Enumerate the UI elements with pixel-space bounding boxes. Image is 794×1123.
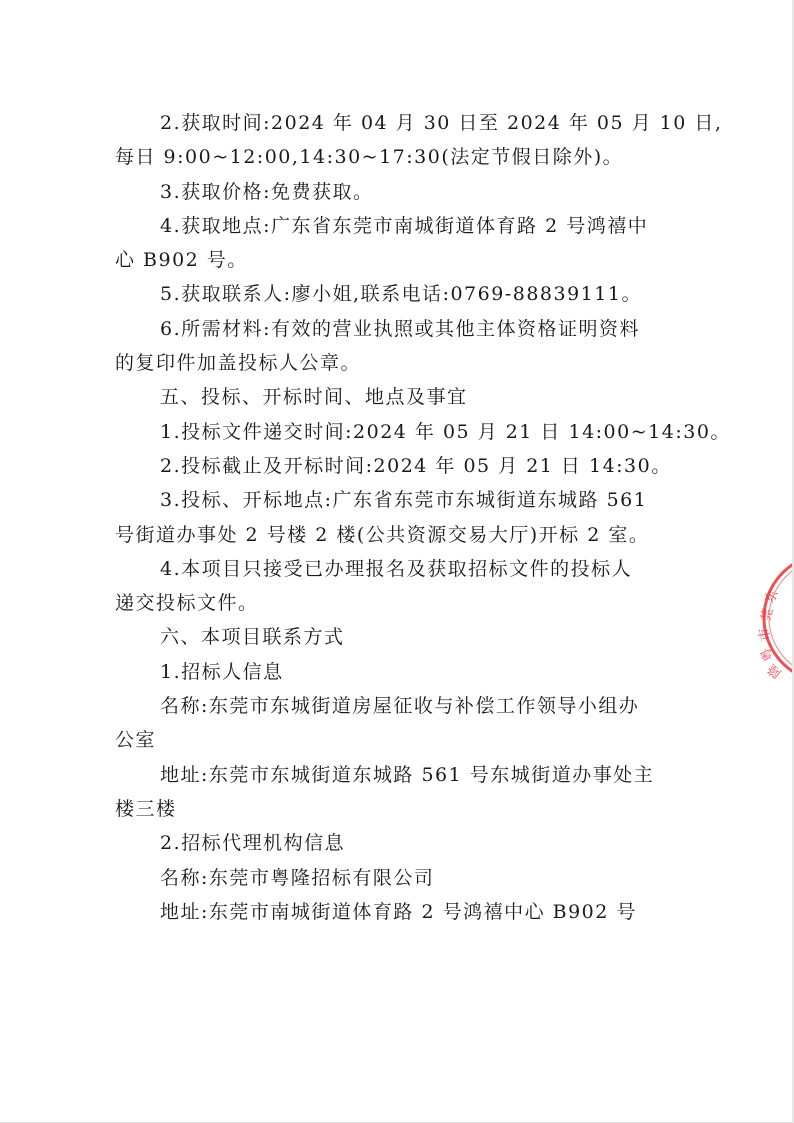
text-line: 地址:东莞市南城街道体育路 2 号鸿禧中心 B902 号 <box>115 895 671 929</box>
svg-text:粤: 粤 <box>758 645 777 664</box>
svg-text:莞: 莞 <box>759 607 776 622</box>
document-page: 2.获取时间:2024 年 04 月 30 日至 2024 年 05 月 10 … <box>0 0 794 1123</box>
text-line: 每日 9:00~12:00,14:30~17:30(法定节假日除外)。 <box>115 140 671 174</box>
section-heading: 五、投标、开标时间、地点及事宜 <box>115 380 671 414</box>
subsection-heading: 2.招标代理机构信息 <box>115 826 671 860</box>
svg-text:隆: 隆 <box>765 661 785 681</box>
svg-text:东: 东 <box>762 587 781 606</box>
text-line: 2.投标截止及开标时间:2024 年 05 月 21 日 14:30。 <box>115 449 671 483</box>
text-line: 2.获取时间:2024 年 04 月 30 日至 2024 年 05 月 10 … <box>115 106 671 140</box>
text-line: 楼三楼 <box>115 792 671 826</box>
subsection-heading: 1.招标人信息 <box>115 655 671 689</box>
text-line: 名称:东莞市东城街道房屋征收与补偿工作领导小组办 <box>115 689 671 723</box>
text-line: 6.所需材料:有效的营业执照或其他主体资格证明资料 <box>115 312 671 346</box>
section-heading: 六、本项目联系方式 <box>115 620 671 654</box>
document-body: 2.获取时间:2024 年 04 月 30 日至 2024 年 05 月 10 … <box>115 106 671 929</box>
red-seal-stamp-icon: 东 莞 市 粤 隆 <box>758 548 794 688</box>
text-line: 1.投标文件递交时间:2024 年 05 月 21 日 14:00~14:30。 <box>115 415 671 449</box>
text-line: 5.获取联系人:廖小姐,联系电话:0769-88839111。 <box>115 277 671 311</box>
text-line: 递交投标文件。 <box>115 586 671 620</box>
text-line: 4.获取地点:广东省东莞市南城街道体育路 2 号鸿禧中 <box>115 209 671 243</box>
text-line: 3.投标、开标地点:广东省东莞市东城街道东城路 561 <box>115 483 671 517</box>
svg-text:市: 市 <box>758 626 774 641</box>
text-line: 号街道办事处 2 号楼 2 楼(公共资源交易大厅)开标 2 室。 <box>115 518 671 552</box>
text-line: 的复印件加盖投标人公章。 <box>115 346 671 380</box>
text-line: 公室 <box>115 723 671 757</box>
text-line: 3.获取价格:免费获取。 <box>115 175 671 209</box>
text-line: 地址:东莞市东城街道东城路 561 号东城街道办事处主 <box>115 758 671 792</box>
text-line: 心 B902 号。 <box>115 243 671 277</box>
text-line: 4.本项目只接受已办理报名及获取招标文件的投标人 <box>115 552 671 586</box>
text-line: 名称:东莞市粤隆招标有限公司 <box>115 861 671 895</box>
